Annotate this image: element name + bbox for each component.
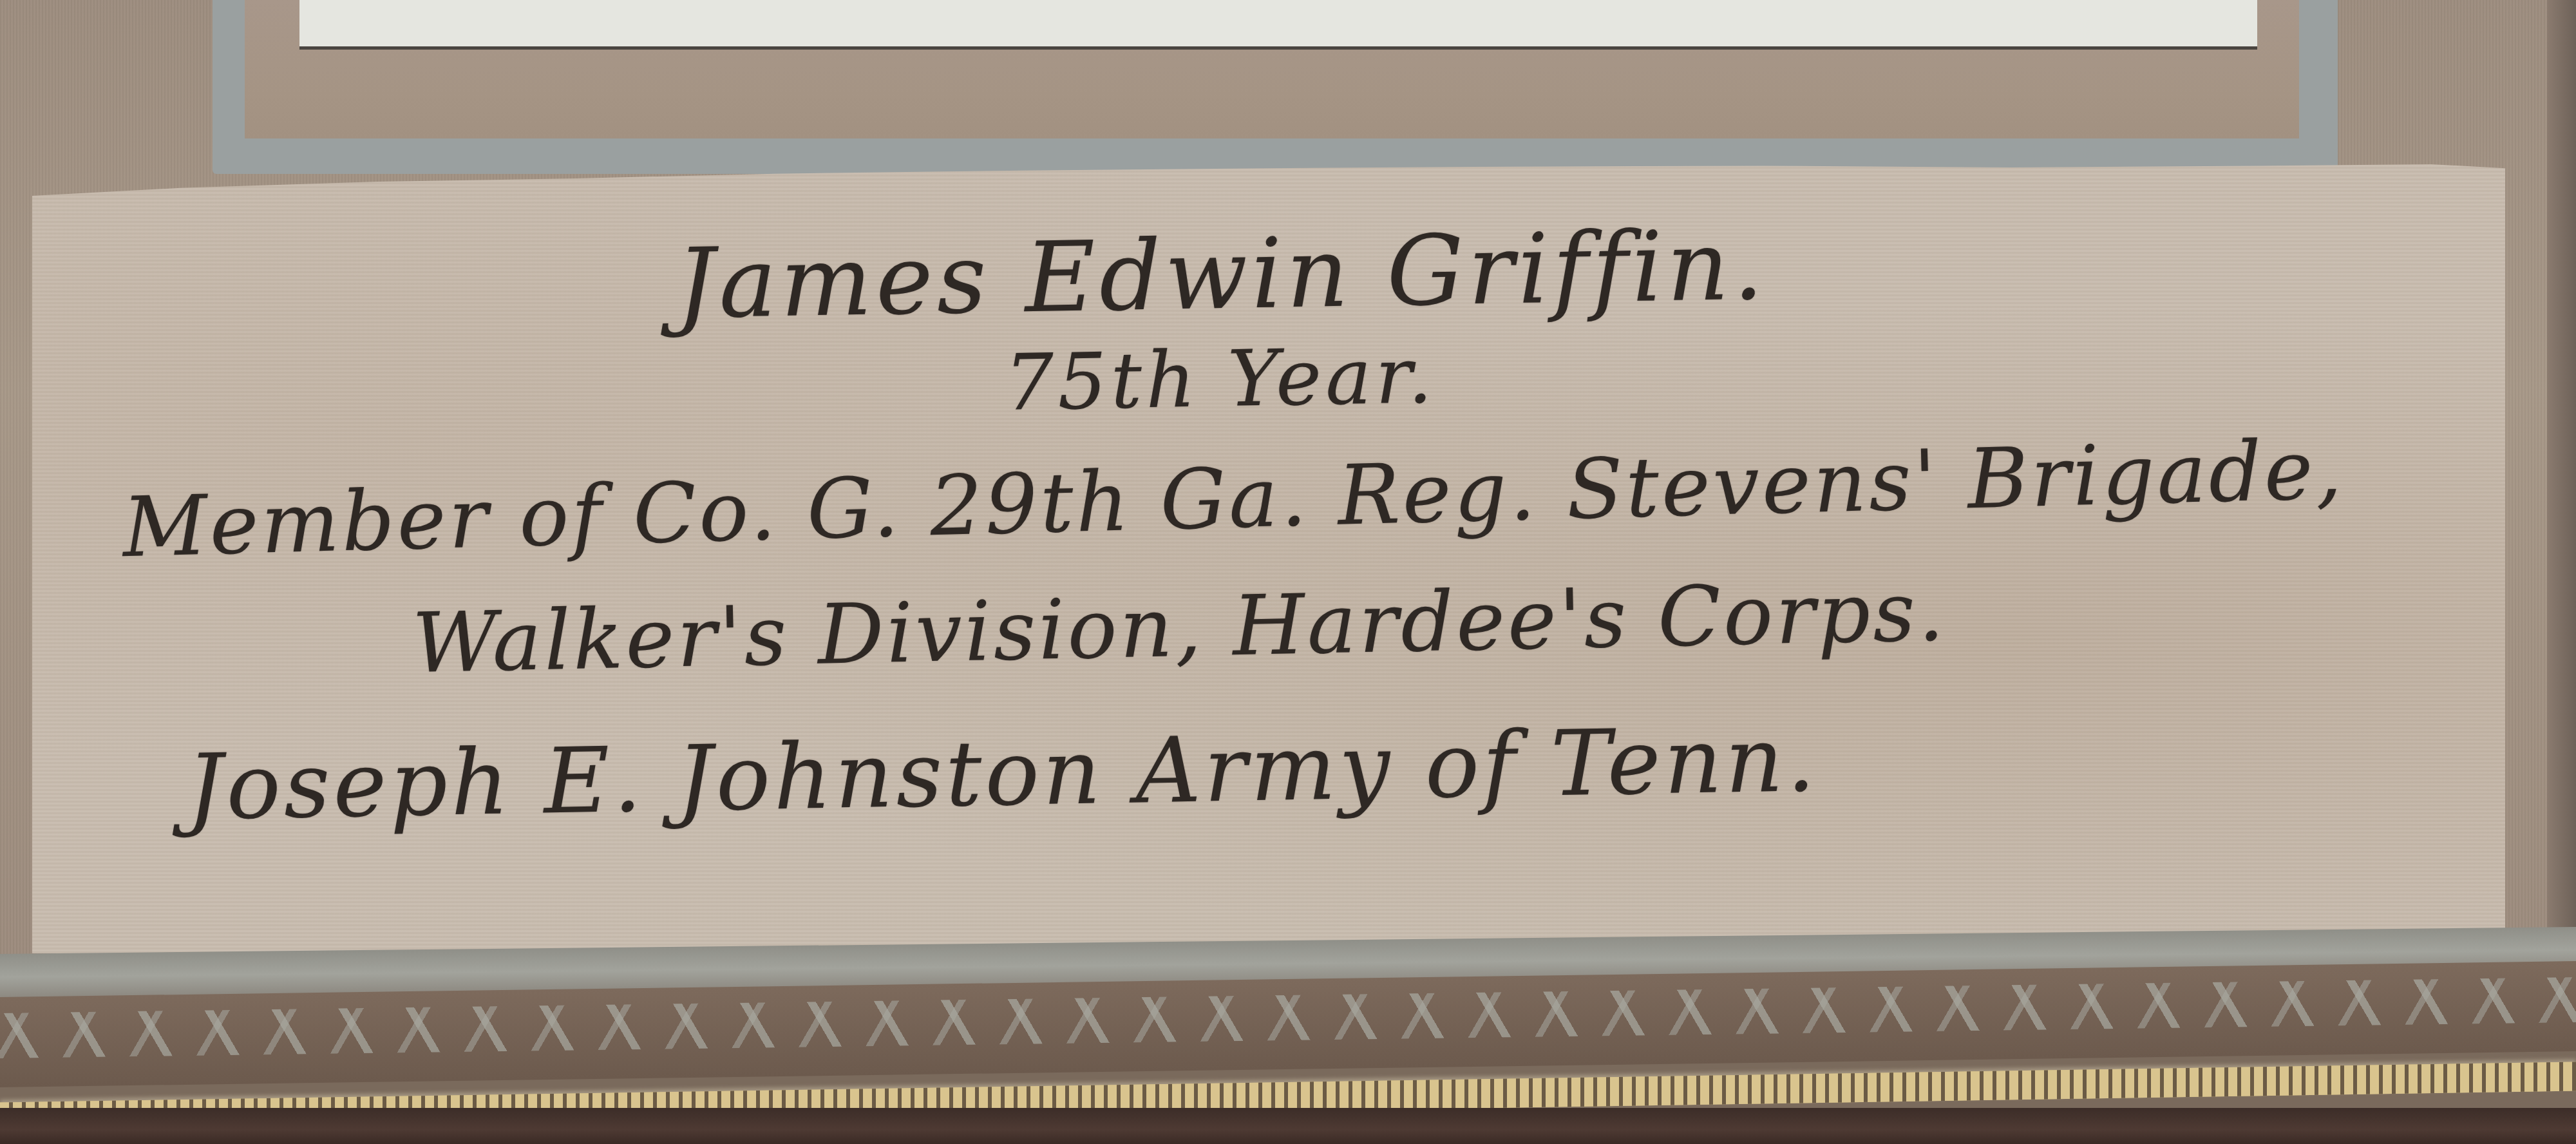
label-line-age: 75th Year.	[1004, 331, 1437, 428]
photograph-bottom-edge	[299, 0, 2257, 50]
frame-bottom-rail	[0, 1108, 2576, 1144]
label-line-name: James Edwin Griffin.	[676, 209, 1768, 341]
mat-edge	[2547, 0, 2576, 979]
